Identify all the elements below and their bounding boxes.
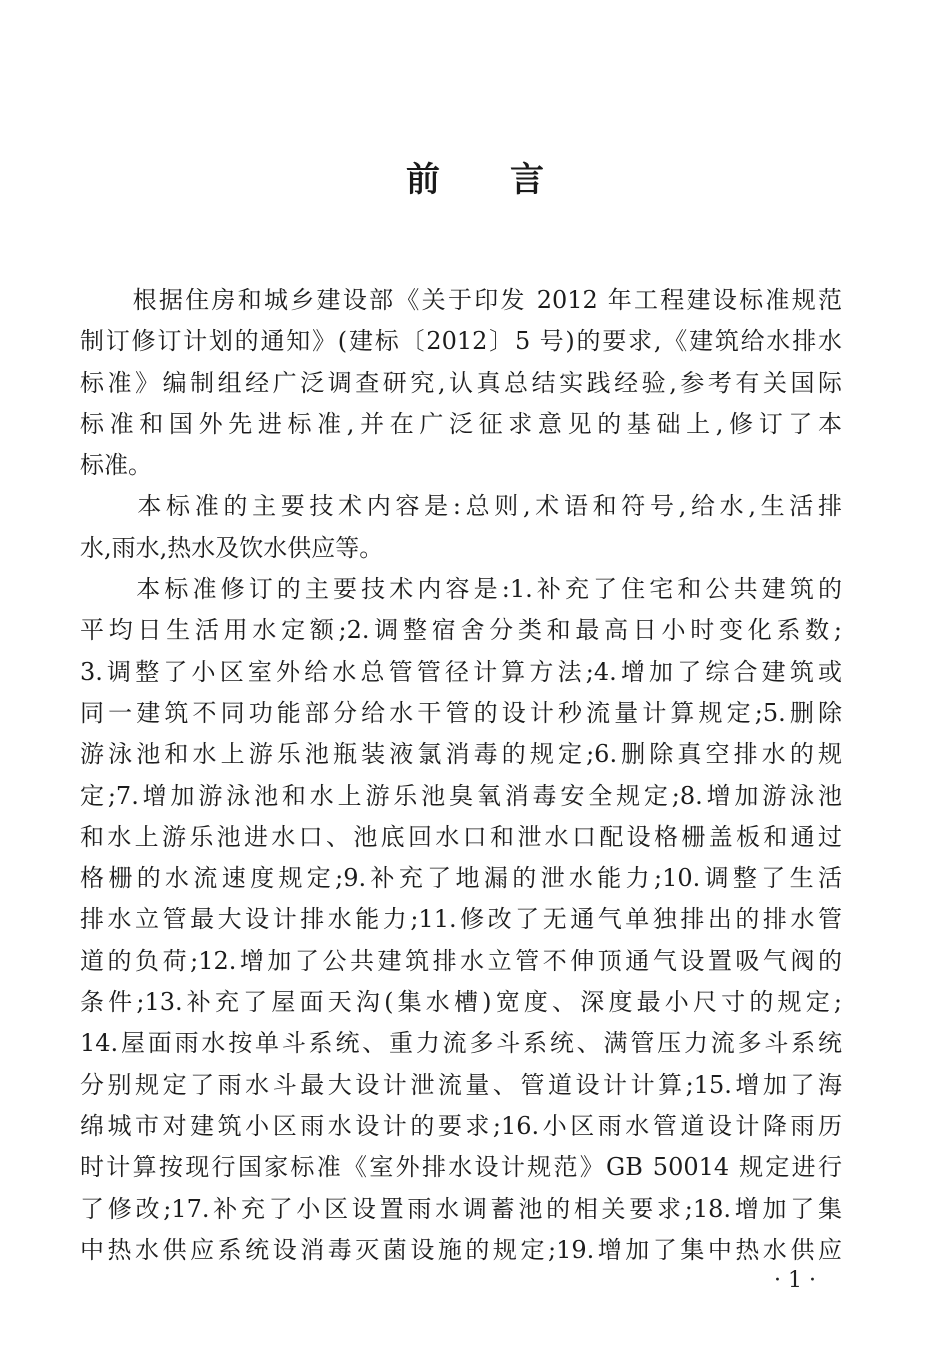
text-line: 本标准修订的主要技术内容是:1.补充了住宅和公共建筑的 — [80, 569, 842, 610]
text-line: 中热水供应系统设消毒灭菌设施的规定;19.增加了集中热水供应 — [80, 1230, 842, 1271]
text-line: 3.调整了小区室外给水总管管径计算方法;4.增加了综合建筑或 — [80, 652, 842, 693]
text-line: 标准和国外先进标准,并在广泛征求意见的基础上,修订了本 — [80, 404, 842, 445]
preface-body: 根据住房和城乡建设部《关于印发 2012 年工程建设标准规范 制订修订计划的通知… — [80, 280, 842, 1271]
text-line: 分别规定了雨水斗最大设计泄流量、管道设计计算;15.增加了海 — [80, 1065, 842, 1106]
text-line: 绵城市对建筑小区雨水设计的要求;16.小区雨水管道设计降雨历 — [80, 1106, 842, 1147]
title-char-1: 前 — [406, 152, 440, 201]
text-line: 时计算按现行国家标准《室外排水设计规范》GB 50014 规定进行 — [80, 1147, 842, 1188]
text-line: 定;7.增加游泳池和水上游乐池臭氧消毒安全规定;8.增加游泳池 — [80, 776, 842, 817]
text-line: 标准。 — [80, 445, 842, 486]
text-line: 标准》编制组经广泛调查研究,认真总结实践经验,参考有关国际 — [80, 363, 842, 404]
text-line: 根据住房和城乡建设部《关于印发 2012 年工程建设标准规范 — [80, 280, 842, 321]
text-line: 同一建筑不同功能部分给水干管的设计秒流量计算规定;5.删除 — [80, 693, 842, 734]
text-line: 了修改;17.补充了小区设置雨水调蓄池的相关要求;18.增加了集 — [80, 1189, 842, 1230]
text-line: 和水上游乐池进水口、池底回水口和泄水口配设格栅盖板和通过 — [80, 817, 842, 858]
text-line: 排水立管最大设计排水能力;11.修改了无通气单独排出的排水管 — [80, 899, 842, 940]
page-number: · 1 · — [755, 1268, 835, 1293]
page-title: 前言 — [0, 152, 950, 201]
text-line: 制订修订计划的通知》(建标〔2012〕5 号)的要求,《建筑给水排水 — [80, 321, 842, 362]
title-char-2: 言 — [510, 152, 544, 201]
text-line: 格栅的水流速度规定;9.补充了地漏的泄水能力;10.调整了生活 — [80, 858, 842, 899]
text-line: 14.屋面雨水按单斗系统、重力流多斗系统、满管压力流多斗系统 — [80, 1023, 842, 1064]
text-line: 游泳池和水上游乐池瓶装液氯消毒的规定;6.删除真空排水的规 — [80, 734, 842, 775]
text-line: 本标准的主要技术内容是:总则,术语和符号,给水,生活排 — [80, 486, 842, 527]
text-line: 平均日生活用水定额;2.调整宿舍分类和最高日小时变化系数; — [80, 610, 842, 651]
text-line: 条件;13.补充了屋面天沟(集水槽)宽度、深度最小尺寸的规定; — [80, 982, 842, 1023]
text-line: 水,雨水,热水及饮水供应等。 — [80, 528, 842, 569]
text-line: 道的负荷;12.增加了公共建筑排水立管不伸顶通气设置吸气阀的 — [80, 941, 842, 982]
